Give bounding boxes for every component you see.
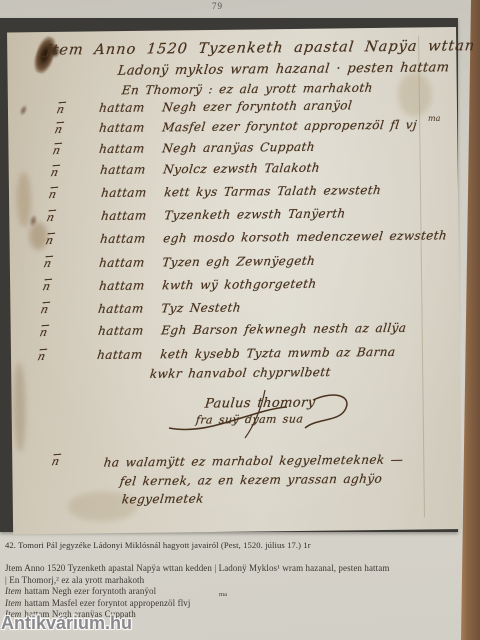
hand-word-hattam: hattam (99, 232, 146, 246)
hand-word-hattam: hattam (98, 256, 145, 270)
figure-caption: 42. Tomori Pál jegyzéke Ládonyi Miklósná… (5, 540, 473, 550)
hand-item-text: kwth wÿ kothgorgeteth (162, 277, 318, 293)
hand-item-text: Egh Barson fekwnegh nesth az allÿa (161, 321, 408, 338)
hand-word-hattam: hattam (98, 142, 145, 156)
hand-note-line: kegyelmetek (121, 492, 205, 507)
transcription-line: Itemhattam Masfel ezer foryntot appropen… (5, 598, 475, 610)
hand-word-hattam: hattam (98, 121, 145, 135)
signature-line: fra suÿ dyam sua (195, 412, 304, 426)
paper-stain (398, 72, 433, 116)
transcription-superscript: ma (219, 589, 227, 601)
hand-item-text: Tyzenketh ezwsth Tanÿerth (164, 206, 347, 222)
item-lead: Item (5, 598, 21, 608)
hand-item-text: Tyz Nesteth (161, 301, 242, 316)
watermark: Antikvárium.hu (1, 613, 132, 634)
signature-line: Paulus thomory (204, 395, 316, 411)
hand-word-hattam: hattam (97, 302, 144, 316)
hand-word-hattam: hattam (99, 163, 146, 177)
hand-line: kwkr hanvabol chyprwlbett (149, 365, 331, 381)
hand-item-text: egh mosdo korsoth medenczewel ezwsteth (163, 228, 448, 245)
transcription-text: hattam Masfel ezer foryntot appropenzöl … (24, 598, 190, 608)
hand-word-hattam: hattam (100, 186, 147, 200)
hand-word-hattam: hattam (96, 348, 143, 362)
item-lead: Item (5, 586, 21, 596)
hand-item-text: Nyolcz ezwsth Talakoth (163, 161, 321, 177)
hand-item-text: Tyzen egh Zewnÿegeth (162, 254, 316, 270)
page-number: 79 (212, 1, 223, 11)
hand-item-text: Negh ezer foryntoth aranÿol (162, 98, 353, 114)
paper-stain (13, 362, 26, 452)
transcription-line: Jtem Anno 1520 Tyzenketh apastal Napÿa w… (5, 563, 475, 575)
hand-item-text: Negh aranÿas Cuppath (162, 140, 316, 156)
transcription-line: Itemhattam Negh ezer foryntoth aranÿol (5, 586, 475, 598)
hand-word-hattam: hattam (100, 209, 147, 223)
hand-note-line: fel kernek, az en kezem yrassan aghÿo (119, 472, 383, 489)
transcription-line: | En Thomorj,² ez ala yrott marhakoth (5, 575, 475, 587)
hand-item-text: kett kys Tarmas Talath ezwsteth (164, 183, 382, 199)
hand-item-text: keth kysebb Tyzta mwmb az Barna (160, 345, 397, 361)
hand-word-hattam: hattam (98, 279, 145, 293)
hand-word-hattam: hattam (98, 101, 145, 115)
page-damage-mark (18, 103, 29, 117)
transcription-text: hattam Negh ezer foryntoth aranÿol (24, 586, 156, 596)
hand-item-text: Masfel ezer foryntot appropenzöl fl vj (162, 118, 418, 135)
hand-word-hattam: hattam (97, 324, 144, 338)
hand-line: En Thomorÿ : ez ala yrott marhakoth (121, 81, 374, 98)
hand-superscript: ma (428, 114, 440, 123)
